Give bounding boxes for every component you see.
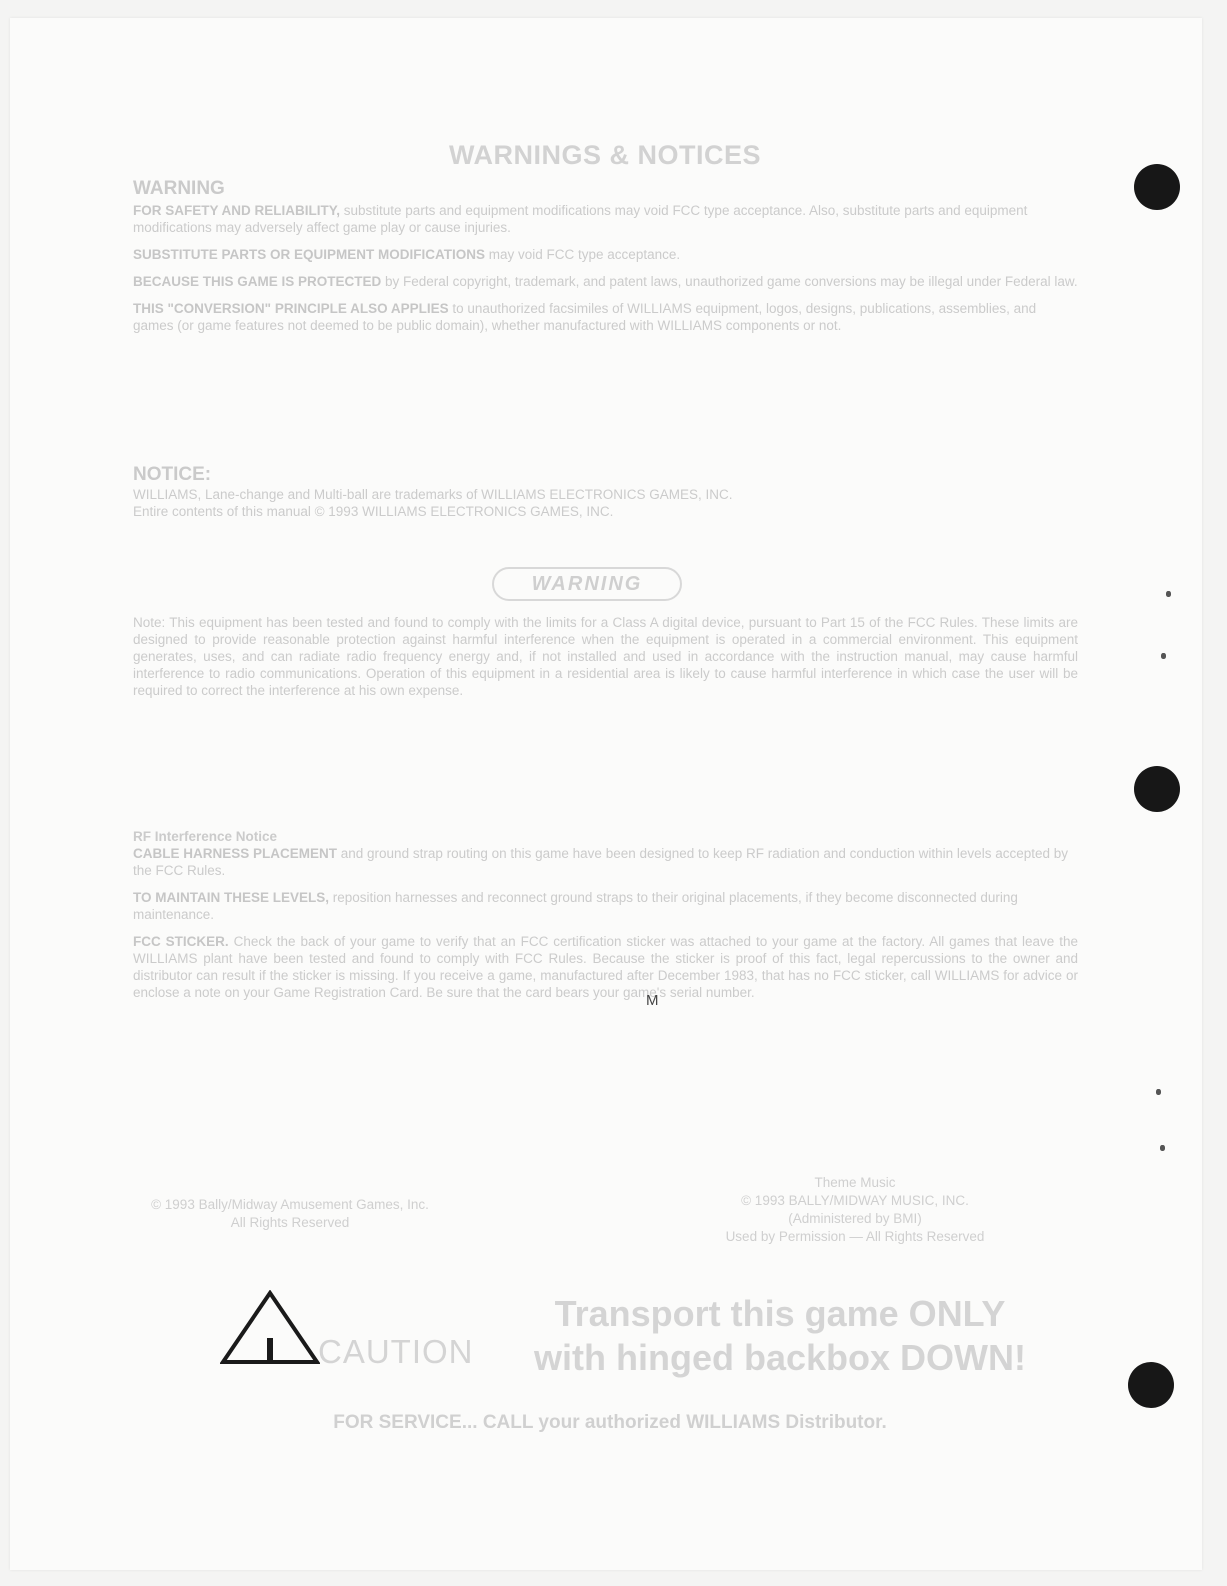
stray-mark: M — [646, 992, 659, 1009]
warning-paragraph: FOR SAFETY AND RELIABILITY, substitute p… — [133, 202, 1078, 236]
copyright-right-line: (Administered by BMI) — [640, 1210, 1070, 1228]
copyright-left-line: All Rights Reserved — [95, 1214, 485, 1232]
rf-section: RF Interference Notice CABLE HARNESS PLA… — [133, 828, 1078, 1011]
copyright-left: © 1993 Bally/Midway Amusement Games, Inc… — [95, 1196, 485, 1232]
punch-hole — [1134, 164, 1180, 210]
rf-paragraph: TO MAINTAIN THESE LEVELS, reposition har… — [133, 889, 1078, 923]
fcc-note: Note: This equipment has been tested and… — [133, 614, 1078, 699]
rf-heading: RF Interference Notice — [133, 828, 1078, 845]
caution-label: CAUTION — [318, 1333, 474, 1371]
transport-line-1: Transport this game ONLY — [500, 1292, 1060, 1336]
punch-hole — [1128, 1362, 1174, 1408]
warning-section: WARNING FOR SAFETY AND RELIABILITY, subs… — [133, 178, 1078, 344]
notice-line: WILLIAMS, Lane-change and Multi-ball are… — [133, 486, 1078, 503]
notice-heading: NOTICE: — [133, 464, 1078, 486]
scan-speck — [1156, 1089, 1161, 1095]
scan-speck — [1166, 591, 1171, 597]
service-line: FOR SERVICE... CALL your authorized WILL… — [0, 1412, 1220, 1434]
punch-hole — [1134, 766, 1180, 812]
copyright-left-line: © 1993 Bally/Midway Amusement Games, Inc… — [95, 1196, 485, 1214]
copyright-right: Theme Music © 1993 BALLY/MIDWAY MUSIC, I… — [640, 1174, 1070, 1246]
copyright-right-line: © 1993 BALLY/MIDWAY MUSIC, INC. — [640, 1192, 1070, 1210]
page-title: WARNINGS & NOTICES — [0, 140, 1210, 171]
transport-message: Transport this game ONLY with hinged bac… — [500, 1292, 1060, 1380]
warning-paragraph: SUBSTITUTE PARTS OR EQUIPMENT MODIFICATI… — [133, 246, 1078, 263]
warning-paragraph: THIS "CONVERSION" PRINCIPLE ALSO APPLIES… — [133, 300, 1078, 334]
rf-paragraph: CABLE HARNESS PLACEMENT and ground strap… — [133, 845, 1078, 879]
transport-line-2: with hinged backbox DOWN! — [500, 1336, 1060, 1380]
copyright-right-line: Theme Music — [640, 1174, 1070, 1192]
notice-section: NOTICE: WILLIAMS, Lane-change and Multi-… — [133, 464, 1078, 520]
warning-heading: WARNING — [133, 178, 1078, 200]
warning-triangle-icon — [220, 1290, 320, 1365]
rf-paragraph: FCC STICKER. Check the back of your game… — [133, 933, 1078, 1001]
scan-speck — [1161, 653, 1166, 659]
warning-badge: WARNING — [492, 567, 682, 601]
scan-speck — [1160, 1145, 1165, 1151]
notice-line: Entire contents of this manual © 1993 WI… — [133, 503, 1078, 520]
copyright-right-line: Used by Permission — All Rights Reserved — [640, 1228, 1070, 1246]
warning-paragraph: BECAUSE THIS GAME IS PROTECTED by Federa… — [133, 273, 1078, 290]
